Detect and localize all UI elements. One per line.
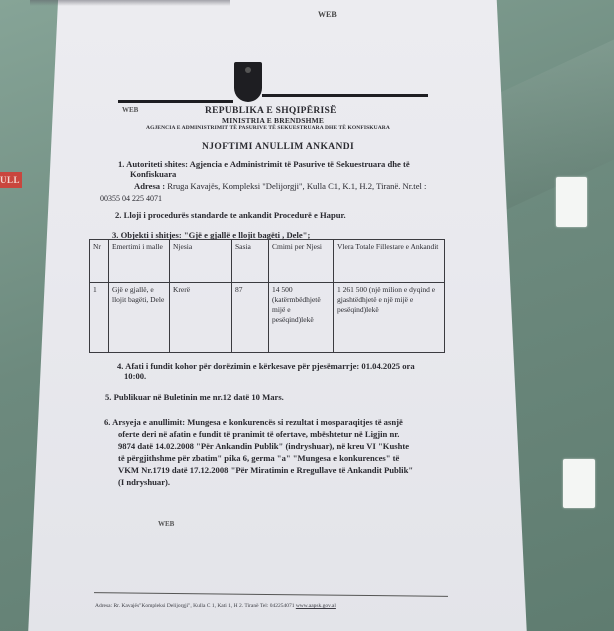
col-header-unit-price: Cmimi per Njesi bbox=[269, 240, 334, 283]
auction-items-table: Nr Emertimi i malle Njesia Sasia Cmimi p… bbox=[89, 239, 445, 353]
address-text: Rruga Kavajës, Kompleksi "Delijorgji", K… bbox=[165, 181, 426, 191]
section-6-line-3: 9874 datë 14.02.2008 "Për Ankandin Publi… bbox=[118, 441, 409, 453]
section-1-phone: 00355 04 225 4071 bbox=[100, 193, 162, 205]
section-6-line-4: të përgjithshme për zbatim" pika 6, germ… bbox=[118, 453, 399, 465]
section-6-line-5: VKM Nr.1719 datë 17.12.2008 "Për Miratim… bbox=[118, 465, 413, 477]
col-header-item-name: Emertimi i malle bbox=[109, 240, 170, 283]
cell-total-value: 1 261 500 (një milion e dyqind e gjashtë… bbox=[334, 283, 445, 353]
address-label: Adresa : bbox=[134, 181, 165, 191]
watermark-top: WEB bbox=[318, 10, 337, 19]
section-4-deadline: 4. Afati i fundit kohor për dorëzimin e … bbox=[117, 361, 415, 373]
header-republic: REPUBLIKA E SHQIPËRISË bbox=[205, 106, 337, 116]
wall-window-upper bbox=[556, 177, 587, 227]
col-header-quantity: Sasia bbox=[232, 240, 269, 283]
paper-fold-shadow bbox=[30, 0, 230, 6]
watermark-bottom: WEB bbox=[158, 520, 174, 528]
wall-window-lower bbox=[563, 459, 595, 508]
watermark-left: WEB bbox=[122, 106, 138, 114]
cell-item-name: Gjë e gjallë, e llojit bagëti, Dele bbox=[109, 283, 170, 353]
col-header-nr: Nr bbox=[90, 240, 109, 283]
section-6-line-6: (I ndryshuar). bbox=[118, 477, 170, 489]
coat-of-arms-emblem-icon bbox=[234, 62, 262, 102]
section-5-published: 5. Publikuar në Buletinin me nr.12 datë … bbox=[105, 392, 284, 404]
section-6-line-2: oferte deri në afatin e fundit të pranim… bbox=[118, 429, 399, 441]
cell-unit-price: 14 500 (katërmbëdhjetë mijë e pesëqind)l… bbox=[269, 283, 334, 353]
section-1-authority-cont: Konfiskuara bbox=[130, 169, 176, 181]
header-agency: AGJENCIA E ADMINISTRIMIT TË PASURIVE TË … bbox=[146, 125, 390, 131]
cell-unit: Krerë bbox=[170, 283, 232, 353]
footer-text: Adresa: Rr. Kavajës"Kompleksi Delijorgji… bbox=[95, 603, 296, 609]
col-header-unit: Njesia bbox=[170, 240, 232, 283]
header-ministry: MINISTRIA E BRENDSHME bbox=[222, 116, 324, 125]
section-2-procedure: 2. Lloji i procedurës standarde te ankan… bbox=[115, 210, 346, 222]
cell-quantity: 87 bbox=[232, 283, 269, 353]
red-sign-fragment: ULL bbox=[0, 172, 22, 188]
table-header-row: Nr Emertimi i malle Njesia Sasia Cmimi p… bbox=[90, 240, 445, 283]
cell-nr: 1 bbox=[90, 283, 109, 353]
section-1-address: Adresa : Rruga Kavajës, Kompleksi "Delij… bbox=[134, 181, 426, 193]
footer-website-link: www.aapsk.gov.al bbox=[296, 603, 336, 609]
section-6-line-1: 6. Arsyeja e anullimit: Mungesa e konkur… bbox=[104, 417, 403, 429]
section-4-deadline-time: 10:00. bbox=[124, 371, 146, 383]
col-header-total-value: Vlera Totale Fillestare e Ankandit bbox=[334, 240, 445, 283]
document-title: NJOFTIMI ANULLIM ANKANDI bbox=[202, 142, 354, 152]
header-rule-right bbox=[262, 94, 428, 97]
header-rule-left bbox=[118, 100, 233, 103]
table-row: 1 Gjë e gjallë, e llojit bagëti, Dele Kr… bbox=[90, 283, 445, 353]
footer-address: Adresa: Rr. Kavajës"Kompleksi Delijorgji… bbox=[95, 603, 336, 609]
